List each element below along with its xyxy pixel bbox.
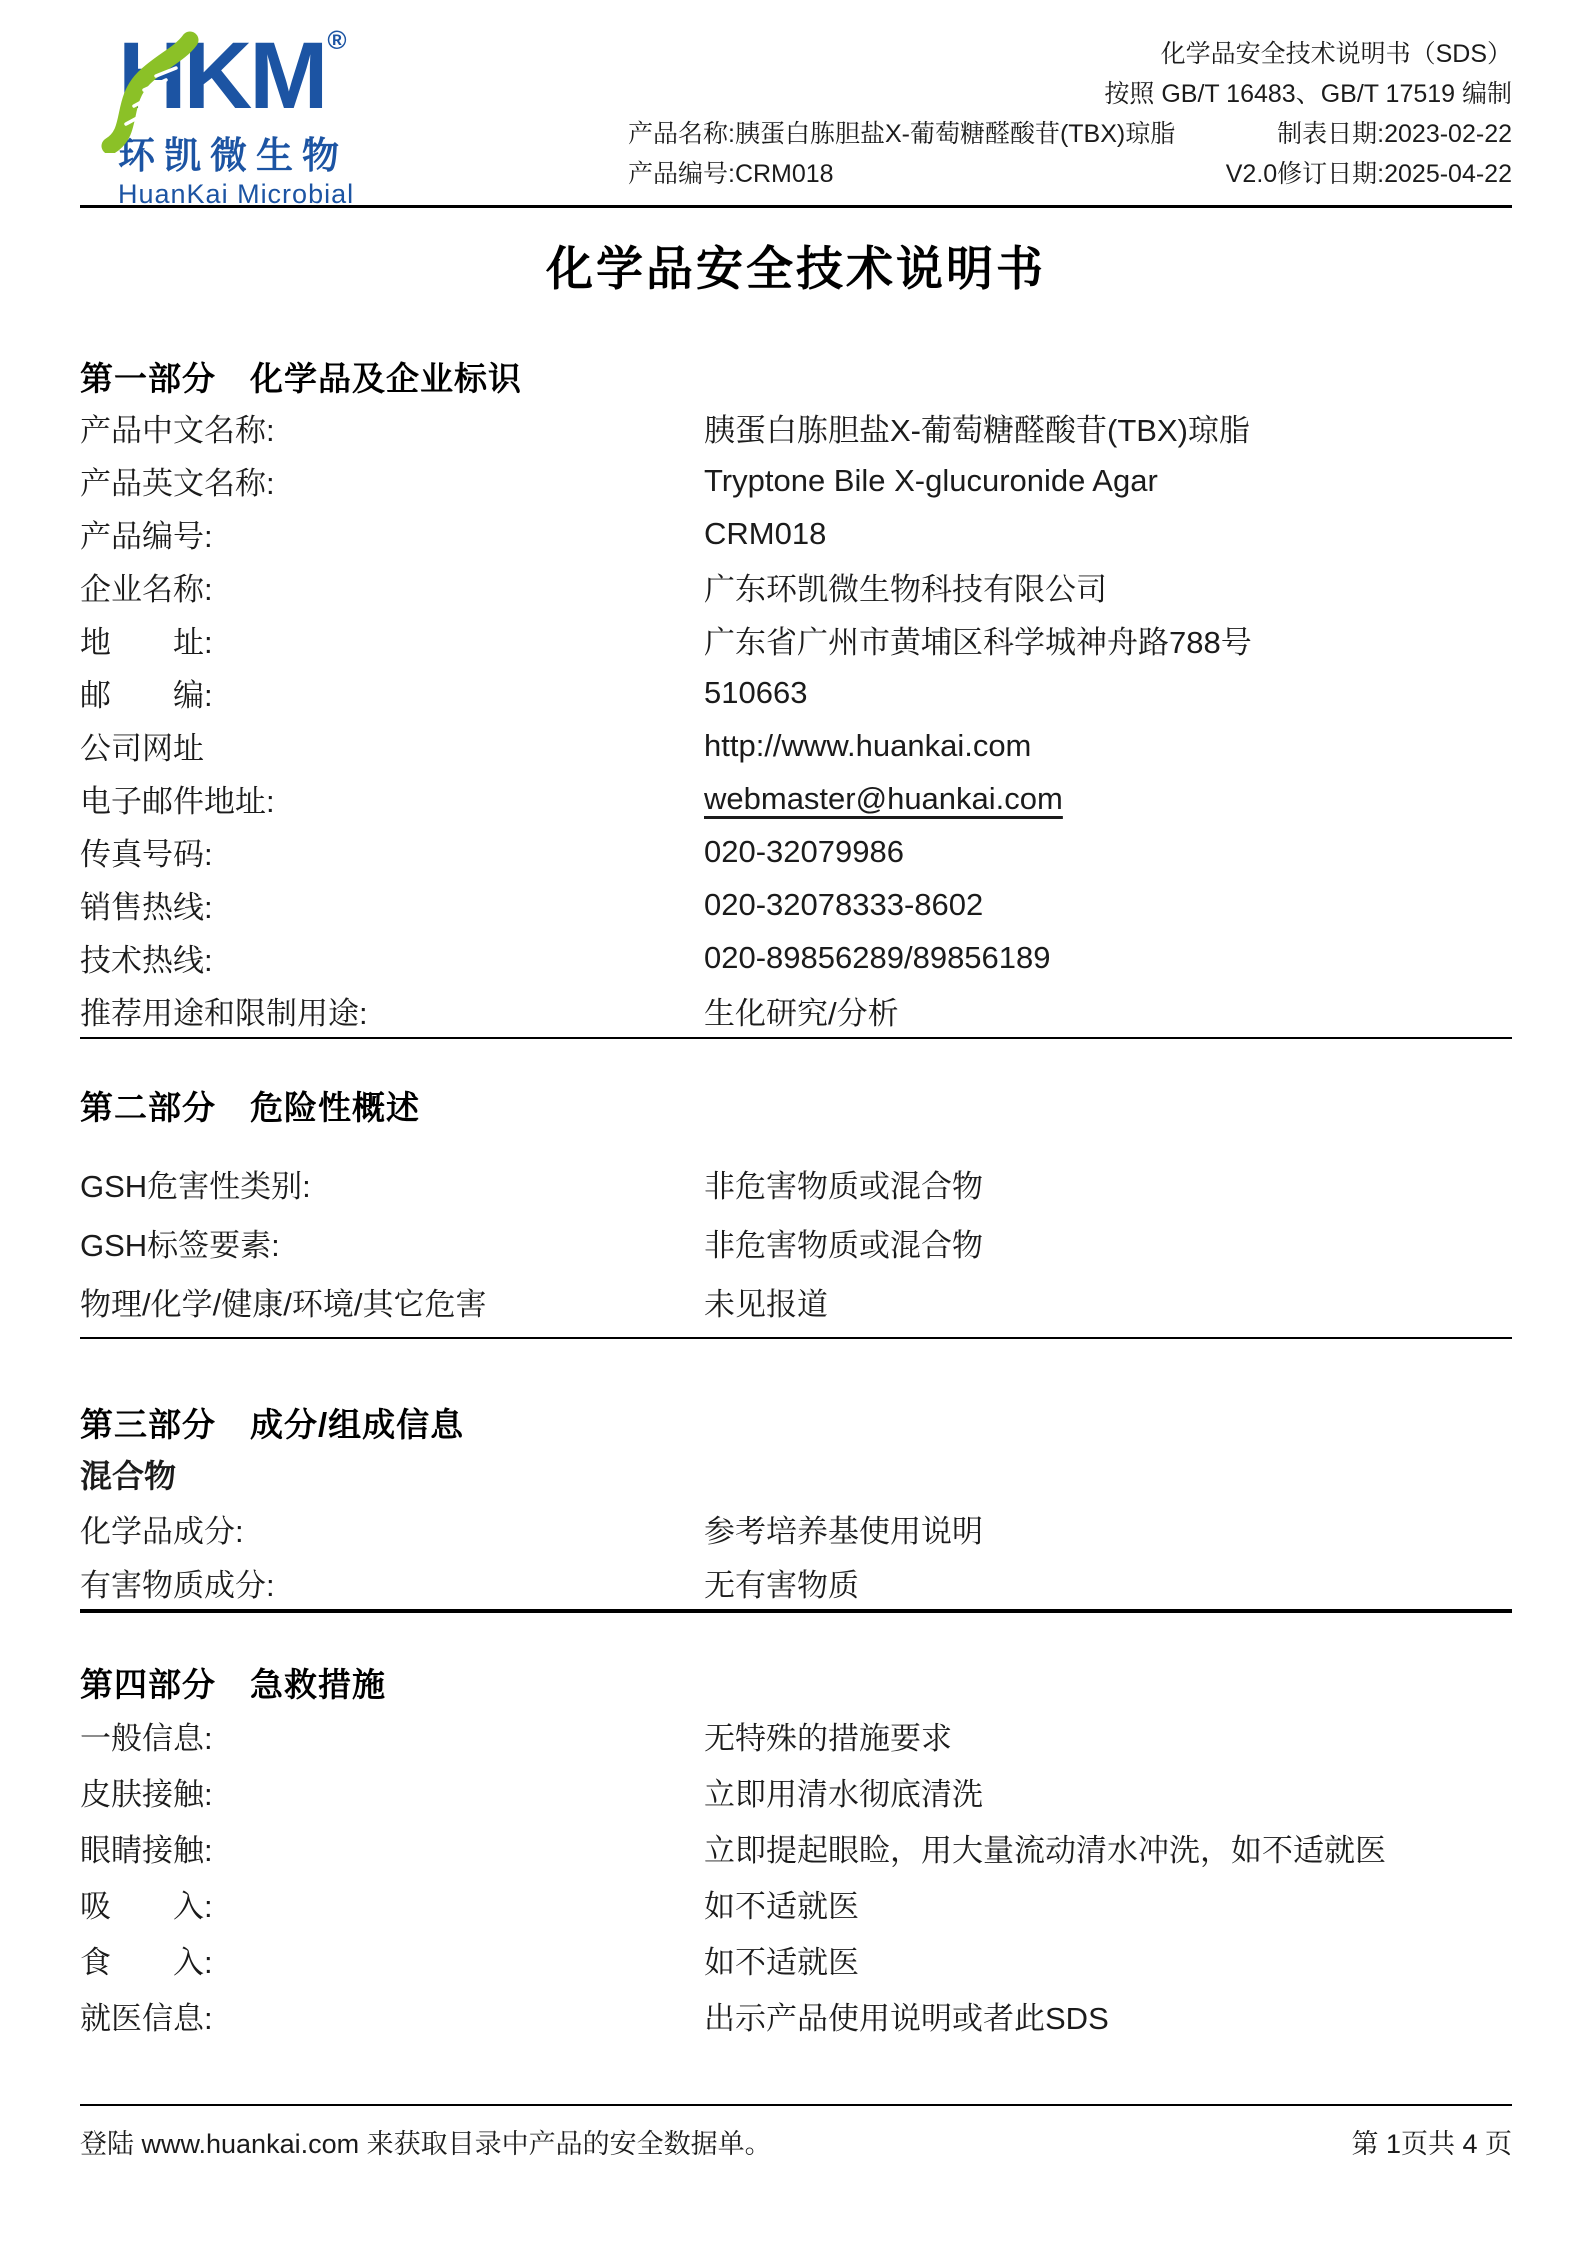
row-postcode: 邮 编: 510663 xyxy=(80,666,1512,719)
header-info: 化学品安全技术说明书（SDS） 按照 GB/T 16483、GB/T 17519… xyxy=(628,30,1512,194)
row-gsh-hazard-class: GSH危害性类别: 非危害物质或混合物 xyxy=(80,1154,1512,1213)
row-inhalation: 吸 入: 如不适就医 xyxy=(80,1875,1512,1931)
row-tech-hotline: 技术热线: 020-89856289/89856189 xyxy=(80,931,1512,984)
row-product-code: 产品编号: CRM018 xyxy=(80,507,1512,560)
page-number: 第 1页共 4 页 xyxy=(1351,2122,1512,2161)
section-first-aid: 第四部分 急救措施 一般信息: 无特殊的措施要求 皮肤接触: 立即用清水彻底清洗… xyxy=(80,1613,1512,2043)
website-url: http://www.huankai.com xyxy=(704,728,1512,764)
row-other-hazards: 物理/化学/健康/环境/其它危害 未见报道 xyxy=(80,1272,1512,1331)
page-footer: 登陆 www.huankai.com 来获取目录中产品的安全数据单。 第 1页共… xyxy=(80,2104,1512,2161)
row-eye-contact: 眼睛接触: 立即提起眼睑，用大量流动清水冲洗，如不适就医 xyxy=(80,1819,1512,1875)
document-header: HKM® 环凯微生物 HuanKai Microbial 化学品安全技术说明书（… xyxy=(80,30,1512,208)
header-create-date: 制表日期:2023-02-22 xyxy=(1277,114,1512,154)
logo-acronym: HKM xyxy=(118,23,325,129)
row-product-cn-name: 产品中文名称: 胰蛋白胨胆盐X-葡萄糖醛酸苷(TBX)琼脂 xyxy=(80,401,1512,454)
section-composition: 第三部分 成分/组成信息 混合物 化学品成分: 参考培养基使用说明 有害物质成分… xyxy=(80,1339,1512,1613)
header-product-code-row: 产品编号:CRM018 V2.0修订日期:2025-04-22 xyxy=(628,154,1512,194)
header-product-name: 产品名称:胰蛋白胨胆盐X-葡萄糖醛酸苷(TBX)琼脂 xyxy=(628,114,1175,154)
company-logo: HKM® 环凯微生物 HuanKai Microbial xyxy=(80,30,420,210)
row-fax: 传真号码: 020-32079986 xyxy=(80,825,1512,878)
row-general-info: 一般信息: 无特殊的措施要求 xyxy=(80,1707,1512,1763)
logo-acronym-row: HKM® xyxy=(118,30,420,123)
row-recommended-use: 推荐用途和限制用途: 生化研究/分析 xyxy=(80,984,1512,1037)
row-address: 地 址: 广东省广州市黄埔区科学城神舟路788号 xyxy=(80,613,1512,666)
section-4-heading: 第四部分 急救措施 xyxy=(80,1663,1512,1707)
row-website: 公司网址 http://www.huankai.com xyxy=(80,719,1512,772)
row-email: 电子邮件地址: webmaster@huankai.com xyxy=(80,772,1512,825)
row-medical-info: 就医信息: 出示产品使用说明或者此SDS xyxy=(80,1987,1512,2043)
row-skin-contact: 皮肤接触: 立即用清水彻底清洗 xyxy=(80,1763,1512,1819)
section-3-heading: 第三部分 成分/组成信息 xyxy=(80,1403,1512,1447)
section-identification: 第一部分 化学品及企业标识 产品中文名称: 胰蛋白胨胆盐X-葡萄糖醛酸苷(TBX… xyxy=(80,357,1512,1039)
header-product-code: 产品编号:CRM018 xyxy=(628,154,834,194)
registered-trademark-icon: ® xyxy=(327,25,346,55)
header-standard: 按照 GB/T 16483、GB/T 17519 编制 xyxy=(628,74,1512,114)
row-gsh-label-elements: GSH标签要素: 非危害物质或混合物 xyxy=(80,1213,1512,1272)
mixture-subheading: 混合物 xyxy=(80,1447,1512,1501)
section-1-heading: 第一部分 化学品及企业标识 xyxy=(80,357,1512,401)
row-hazardous-ingredients: 有害物质成分: 无有害物质 xyxy=(80,1555,1512,1609)
logo-chinese-name: 环凯微生物 xyxy=(118,125,420,179)
row-chemical-composition: 化学品成分: 参考培养基使用说明 xyxy=(80,1501,1512,1555)
row-ingestion: 食 入: 如不适就医 xyxy=(80,1931,1512,1987)
header-doc-type: 化学品安全技术说明书（SDS） xyxy=(628,34,1512,74)
section-2-heading: 第二部分 危险性概述 xyxy=(80,1086,1512,1130)
footer-note: 登陆 www.huankai.com 来获取目录中产品的安全数据单。 xyxy=(80,2122,772,2161)
sds-document-page: HKM® 环凯微生物 HuanKai Microbial 化学品安全技术说明书（… xyxy=(0,0,1587,2245)
header-revision-date: V2.0修订日期:2025-04-22 xyxy=(1226,154,1512,194)
row-product-en-name: 产品英文名称: Tryptone Bile X-glucuronide Agar xyxy=(80,454,1512,507)
logo-english-name: HuanKai Microbial xyxy=(118,179,420,210)
email-link[interactable]: webmaster@huankai.com xyxy=(704,781,1512,817)
row-company-name: 企业名称: 广东环凯微生物科技有限公司 xyxy=(80,560,1512,613)
row-sales-hotline: 销售热线: 020-32078333-8602 xyxy=(80,878,1512,931)
section-hazards: 第二部分 危险性概述 GSH危害性类别: 非危害物质或混合物 GSH标签要素: … xyxy=(80,1039,1512,1339)
page-title: 化学品安全技术说明书 xyxy=(80,232,1512,299)
header-product-name-row: 产品名称:胰蛋白胨胆盐X-葡萄糖醛酸苷(TBX)琼脂 制表日期:2023-02-… xyxy=(628,114,1512,154)
